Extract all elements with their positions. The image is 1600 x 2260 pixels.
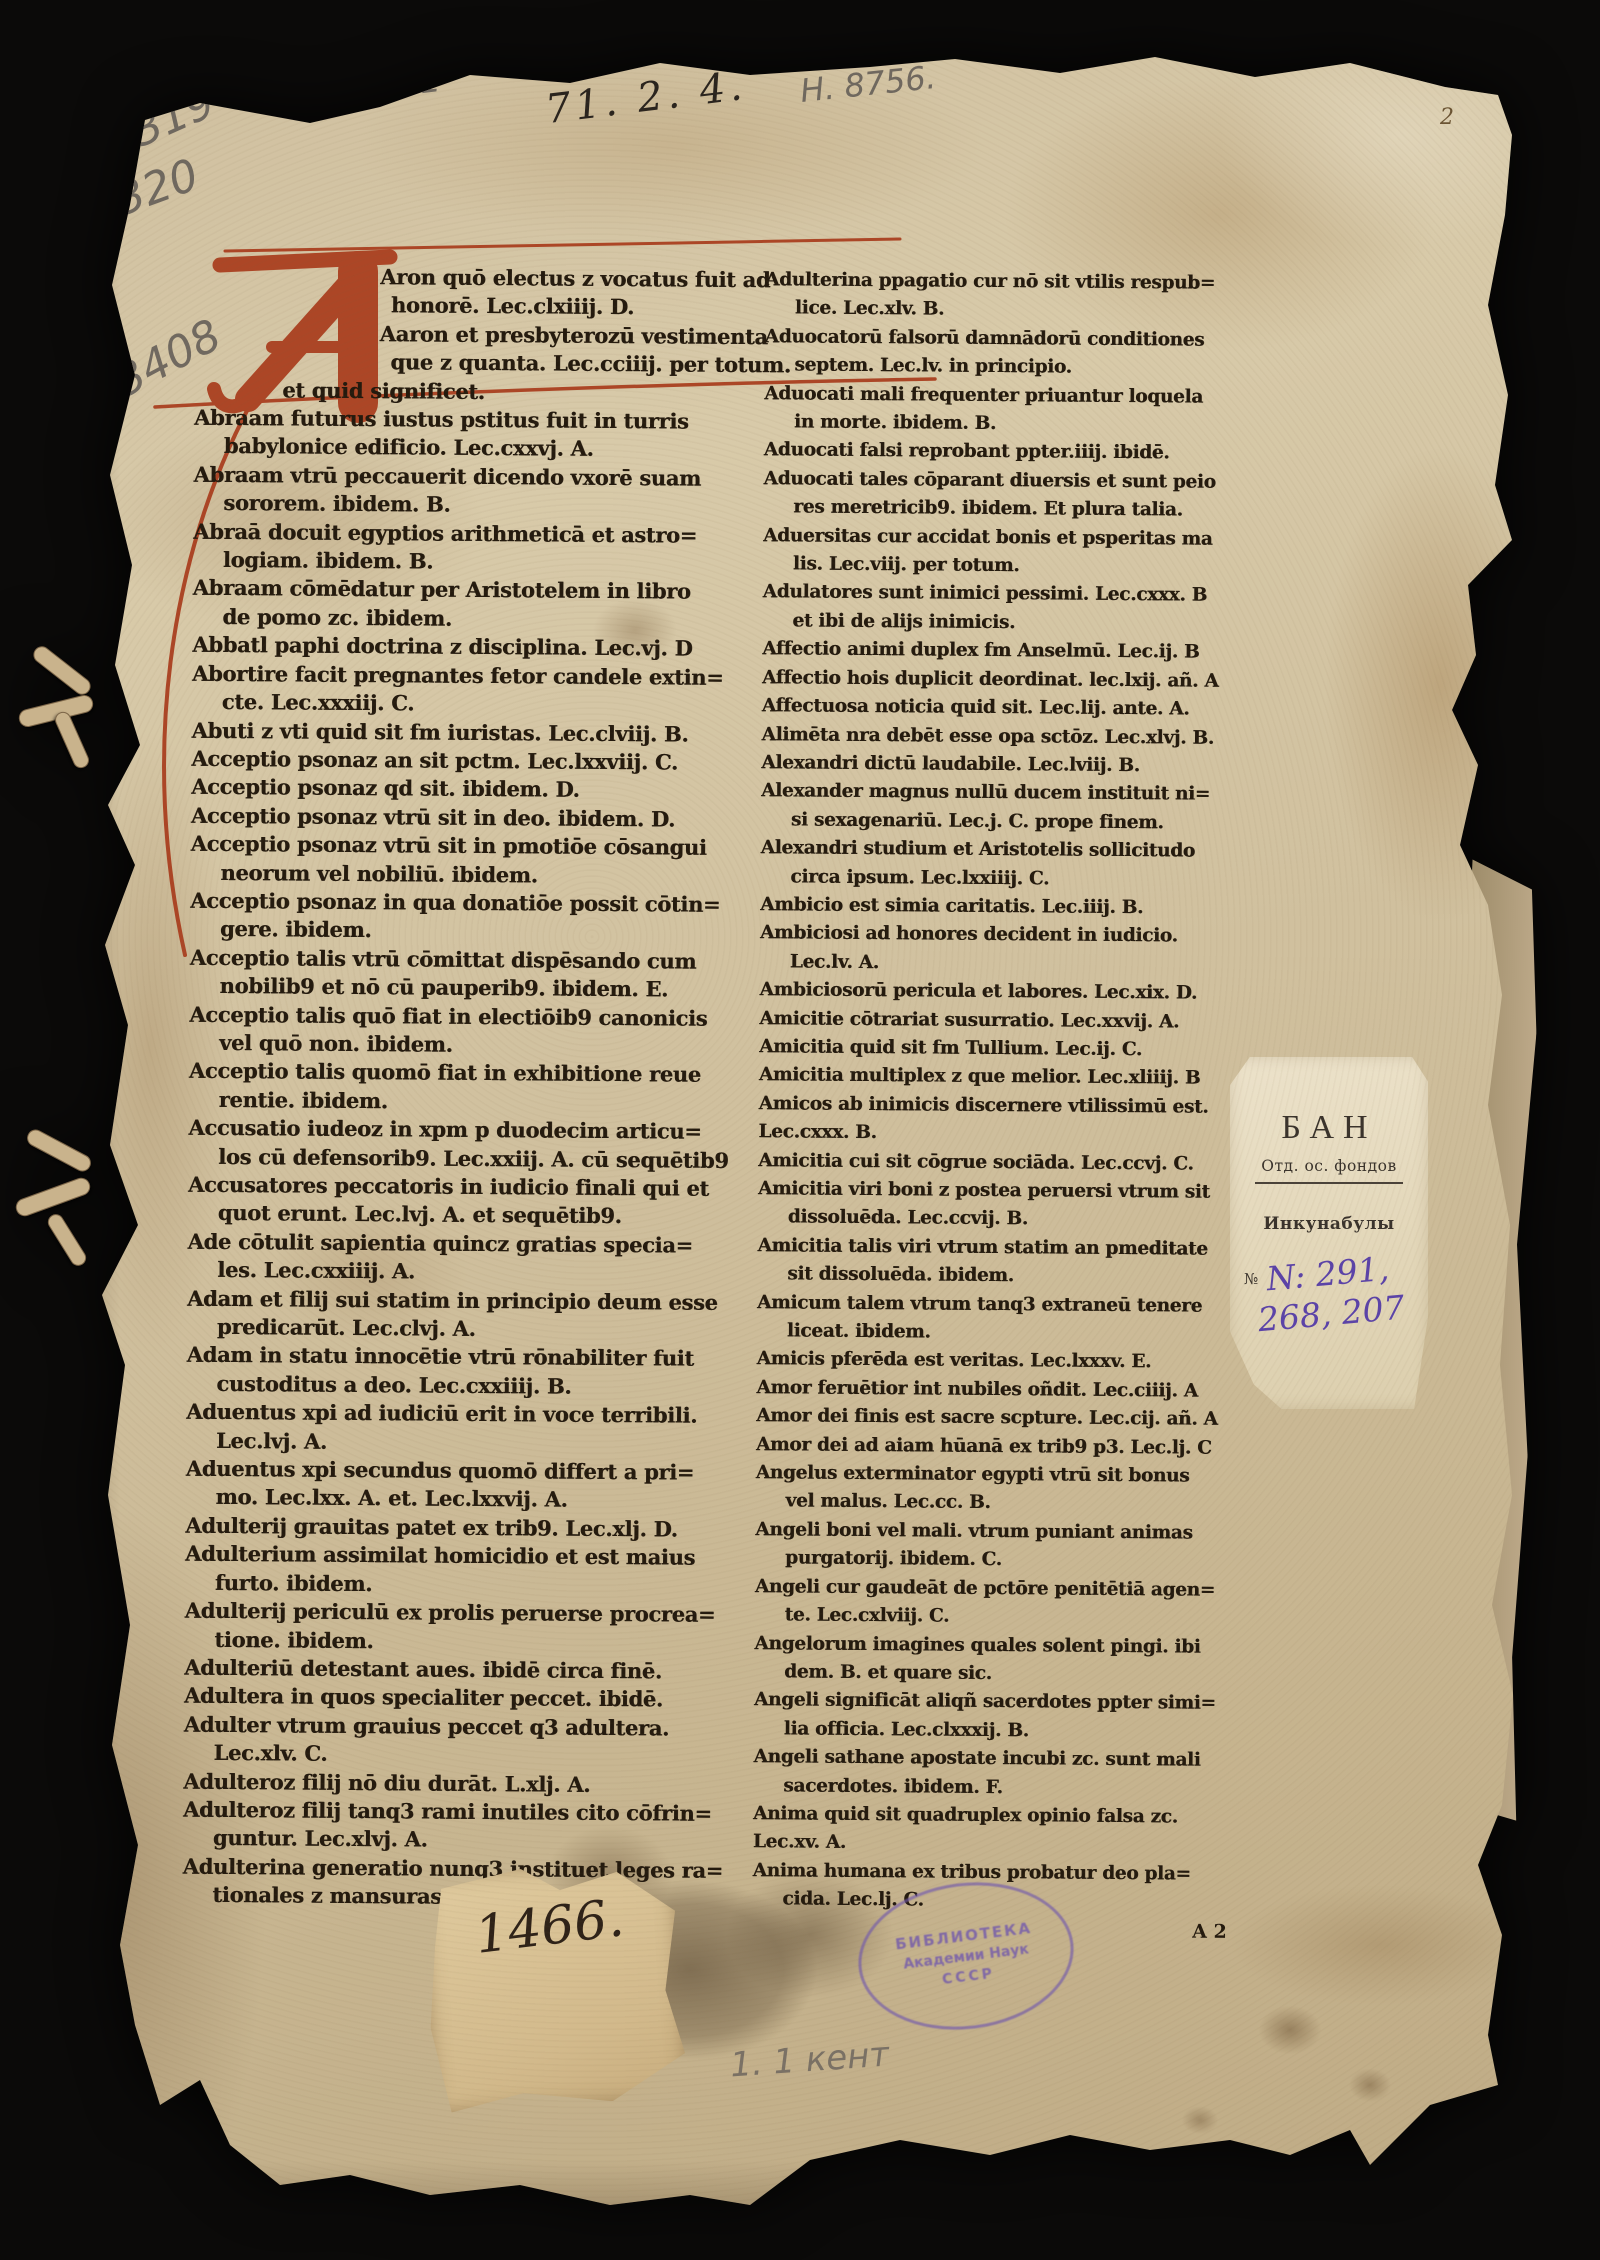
- index-line: Amor dei finis est sacre scpture. Lec.ci…: [756, 1402, 1216, 1434]
- index-line: gere. ibidem.: [220, 915, 750, 948]
- index-line: Adulteroz filij nō diu durāt. L.xlj. A.: [183, 1767, 743, 1800]
- index-line: Amicitie cōtrariat susurratio. Lec.xxvij…: [759, 1005, 1219, 1037]
- ink-shelfmark-annotation: 71. 2. 4.: [543, 63, 748, 133]
- index-line: Amicitia multiplex z que melior. Lec.xli…: [759, 1062, 1219, 1094]
- index-line: Amicitia quid sit fm Tullium. Lec.ij. C.: [759, 1033, 1219, 1065]
- index-line: Acceptio talis quomō fiat in exhibitione…: [189, 1057, 749, 1090]
- incunabulum-page: Aron quō electus z vocatus fuit adhonorē…: [50, 45, 1515, 2220]
- index-line: Adulterina generatio nunq3 instituet leg…: [183, 1852, 743, 1885]
- pencil-old-number-annotation: H. 8756.: [798, 58, 937, 110]
- index-line: te. Lec.cxlviij. C.: [785, 1601, 1215, 1633]
- index-line: Angelus exterminator egypti vtrū sit bon…: [756, 1459, 1216, 1491]
- index-line: dem. B. et quare sic.: [784, 1658, 1214, 1690]
- label-collection: Инкунабулы: [1230, 1214, 1428, 1234]
- index-line: furto. ibidem.: [215, 1569, 745, 1602]
- index-line: Anima humana ex tribus probatur deo pla=: [753, 1857, 1213, 1889]
- binding-thread: [52, 709, 91, 770]
- index-line: Amicos ab inimicis discernere vtilissimū…: [759, 1090, 1219, 1122]
- label-institution: БАН: [1230, 1109, 1428, 1147]
- printed-text-block: Aron quō electus z vocatus fuit adhonorē…: [35, 44, 1517, 2230]
- index-line: et quid significet.: [282, 376, 754, 408]
- pencil-inventory-annotation: инк. 291: [288, 60, 443, 118]
- index-line: Aduentus xpi ad iudiciū erit in voce ter…: [186, 1398, 746, 1431]
- pencil-number-annotation: 3319: [99, 76, 222, 168]
- index-line: Ade cōtulit sapientia quincz gratias spe…: [187, 1228, 747, 1261]
- paper-repair-patch: [420, 1859, 688, 2114]
- index-line: purgatorij. ibidem. C.: [785, 1545, 1215, 1577]
- index-line: Amor dei ad aiam hūanā ex trib9 p3. Lec.…: [756, 1431, 1216, 1463]
- index-line: dissoluēda. Lec.ccvij. B.: [788, 1204, 1218, 1236]
- index-line: Lec.lv. A.: [790, 948, 1220, 980]
- index-line: Adulterij grauitas patet ex trib9. Lec.x…: [185, 1512, 745, 1545]
- stamp-line: СССР: [941, 1966, 996, 1988]
- index-line: liceat. ibidem.: [787, 1317, 1217, 1349]
- index-line: Adultera in quos specialiter peccet. ibi…: [184, 1682, 744, 1715]
- index-line: lia officia. Lec.clxxxij. B.: [784, 1715, 1214, 1747]
- index-line: Angeli sathane apostate incubi zc. sunt …: [753, 1743, 1213, 1775]
- index-line: Aduentus xpi secundus quomō differt a pr…: [186, 1455, 746, 1488]
- index-line: Aaron et presbyterozū vestimenta: [380, 320, 755, 351]
- label-number-line: N: 291,: [1253, 1247, 1403, 1300]
- index-line: lis. Lec.viij. per totum.: [793, 550, 1223, 582]
- index-line: Accusatio iudeoz in xpm p duodecim artic…: [188, 1114, 748, 1147]
- index-line: Abraam futurus iustus pstitus fuit in tu…: [194, 404, 754, 437]
- page-leaf-wrapper: Aron quō electus z vocatus fuit adhonorē…: [0, 0, 1600, 2260]
- index-line: Aduocati falsi reprobant ppter.iiij. ibi…: [764, 437, 1224, 469]
- index-line: Aduocati mali frequenter priuantur loque…: [764, 380, 1224, 412]
- index-line: si sexagenariū. Lec.j. C. prope finem.: [791, 806, 1221, 838]
- label-number-prefix: №: [1244, 1270, 1258, 1288]
- index-line: sacerdotes. ibidem. F.: [783, 1772, 1213, 1804]
- binding-thread: [24, 1127, 94, 1175]
- handwritten-year-note: 1466.: [472, 1888, 627, 1966]
- index-line: Angeli boni vel mali. vtrum puniant anim…: [755, 1516, 1215, 1548]
- label-number-line: 268, 207: [1256, 1287, 1406, 1340]
- index-line: Abraam cōmēdatur per Aristotelem in libr…: [193, 574, 753, 607]
- index-line: Angelorum imagines quales solent pingi. …: [754, 1630, 1214, 1662]
- index-line: de pomo zc. ibidem.: [222, 603, 752, 636]
- index-line: cida. Lec.lj. C.: [782, 1886, 1212, 1918]
- binding-thread: [45, 1211, 89, 1269]
- index-line: Affectio hois duplicit deordinat. lec.lx…: [762, 664, 1222, 696]
- index-line: los cū defensorib9. Lec.xxiij. A. cū seq…: [218, 1143, 748, 1176]
- index-line: les. Lec.cxxiiij. A.: [217, 1256, 747, 1289]
- index-line: Adulterij periculū ex prolis peruerse pr…: [185, 1597, 745, 1630]
- index-line: Affectio animi duplex fm Anselmū. Lec.ij…: [762, 635, 1222, 667]
- index-line: Adulatores sunt inimici pessimi. Lec.cxx…: [763, 579, 1223, 611]
- index-line: Lec.cxxx. B.: [758, 1118, 1218, 1150]
- index-line: Amicitia talis viri vtrum statim an pmed…: [757, 1232, 1217, 1264]
- bottom-pencil-note: 1. 1 кент: [729, 2034, 891, 2085]
- index-line: Anima quid sit quadruplex opinio falsa z…: [753, 1800, 1213, 1832]
- pencil-number-annotation: 3408: [107, 310, 230, 408]
- label-rule-line: [1255, 1182, 1403, 1184]
- index-column-right: Adulterina ppagatio cur nō sit vtilis re…: [752, 266, 1225, 1917]
- pencil-number-annotation: 3320: [83, 149, 206, 235]
- index-line: Acceptio talis quō fiat in electiōib9 ca…: [189, 1000, 749, 1033]
- index-line: tionales z mansuras. Lec.xlv. A.: [212, 1881, 742, 1914]
- index-line: quot erunt. Lec.lvj. A. et sequētib9.: [218, 1199, 748, 1232]
- index-line: Acceptio psonaz qd sit. ibidem. D.: [191, 773, 751, 806]
- index-line: in morte. ibidem. B.: [794, 408, 1224, 440]
- index-line: et ibi de alijs inimicis.: [792, 607, 1222, 639]
- stamp-line: Академии Наук: [902, 1941, 1029, 1972]
- rubricated-initial-A: [100, 235, 980, 1015]
- index-line: Adulteriū detestant aues. ibidē circa fi…: [184, 1654, 744, 1687]
- quire-signature: A 2: [1192, 1921, 1227, 1943]
- index-line: Accusatores peccatoris in iudicio finali…: [188, 1171, 748, 1204]
- index-line: Lec.xv. A.: [753, 1828, 1213, 1860]
- index-line: septem. Lec.lv. in principio.: [794, 352, 1224, 384]
- index-line: Acceptio psonaz in qua donatiōe possit c…: [190, 887, 750, 920]
- index-line: custoditus a deo. Lec.cxxiiij. B.: [216, 1370, 746, 1403]
- index-line: Lec.lvj. A.: [216, 1427, 746, 1460]
- index-line: Amor feruētior int nubiles oñdit. Lec.ci…: [756, 1374, 1216, 1406]
- index-line: Aduersitas cur accidat bonis et psperita…: [763, 522, 1223, 554]
- index-line: vel malus. Lec.cc. B.: [785, 1488, 1215, 1520]
- index-column-left: Aron quō electus z vocatus fuit adhonorē…: [182, 262, 755, 1914]
- index-line: Angeli cur gaudeāt de pctōre penitētiā a…: [755, 1573, 1215, 1605]
- binding-thread: [30, 643, 94, 698]
- index-line: Alimēta nra debēt esse opa sctōz. Lec.xl…: [761, 721, 1221, 753]
- index-line: Amicum talem vtrum tanq3 extraneū tenere: [757, 1289, 1217, 1321]
- index-line: Adulteroz filij tanq3 rami inutiles cito…: [183, 1796, 743, 1829]
- index-line: nobilib9 et nō cū pauperib9. ibidem. E.: [219, 972, 749, 1005]
- index-line: Abortire facit pregnantes fetor candele …: [192, 659, 752, 692]
- index-line: honorē. Lec.clxiiij. D.: [391, 292, 755, 323]
- index-line: Adulterium assimilat homicidio et est ma…: [185, 1540, 745, 1573]
- stamp-line: БИБЛИОТЕКА: [894, 1919, 1033, 1954]
- index-line: Amicitia cui sit cōgrue sociāda. Lec.ccv…: [758, 1147, 1218, 1179]
- index-line: Ambiciosi ad honores decident in iudicio…: [760, 920, 1220, 952]
- binding-thread: [13, 1175, 92, 1219]
- index-line: Lec.xlv. C.: [213, 1739, 743, 1772]
- index-line: Abraā docuit egyptios arithmeticā et ast…: [193, 517, 753, 550]
- index-line: Affectuosa noticia quid sit. Lec.lij. an…: [762, 692, 1222, 724]
- index-line: Ambiciosorū pericula et labores. Lec.xix…: [759, 976, 1219, 1008]
- index-line: Angeli significāt aliqñ sacerdotes ppter…: [754, 1686, 1214, 1718]
- index-line: cte. Lec.xxxiij. C.: [222, 688, 752, 721]
- index-line: Aron quō electus z vocatus fuit ad: [380, 263, 755, 294]
- index-line: Abuti z vti quid sit fm iuristas. Lec.cl…: [191, 716, 751, 749]
- index-line: Aduocati tales cōparant diuersis et sunt…: [763, 465, 1223, 497]
- index-line: rentie. ibidem.: [219, 1086, 749, 1119]
- library-shelf-label: БАН Отд. ос. фондов Инкунабулы № N: 291,…: [1230, 1057, 1428, 1409]
- index-line: Amicis pferēda est veritas. Lec.lxxxv. E…: [757, 1346, 1217, 1378]
- index-line: Adulter vtrum grauius peccet q3 adultera…: [184, 1710, 744, 1743]
- index-line: Adam et filij sui statim in principio de…: [187, 1284, 747, 1317]
- label-department: Отд. ос. фондов: [1230, 1157, 1428, 1175]
- index-line: que z quanta. Lec.cciiij. per totum.: [390, 348, 754, 379]
- index-line: res meretricib9. ibidem. Et plura talia.: [793, 494, 1223, 526]
- index-line: Alexander magnus nullū ducem instituit n…: [761, 777, 1221, 809]
- label-number-row: № N: 291, 268, 207: [1230, 1260, 1428, 1370]
- index-line: Acceptio psonaz vtrū sit in pmotiōe cōsa…: [191, 830, 751, 863]
- index-line: logiam. ibidem. B.: [223, 546, 753, 579]
- index-line: Acceptio talis vtrū cōmittat dispēsando …: [190, 943, 750, 976]
- folio-number: 2: [1440, 105, 1454, 130]
- index-line: Amicitia viri boni z postea peruersi vtr…: [758, 1175, 1218, 1207]
- index-line: sororem. ibidem. B.: [223, 489, 753, 522]
- photograph-of-incunabulum-page: { "page": { "foliation": "2", "signature…: [0, 0, 1600, 2260]
- index-line: Alexandri studium et Aristotelis sollici…: [761, 834, 1221, 866]
- index-line: vel quō non. ibidem.: [219, 1029, 749, 1062]
- index-line: lice. Lec.xlv. B.: [795, 295, 1225, 327]
- index-line: Abraam vtrū peccauerit dicendo vxorē sua…: [193, 461, 753, 494]
- library-oval-stamp: БИБЛИОТЕКА Академии Наук СССР: [850, 1870, 1082, 2041]
- index-line: Abbatl paphi doctrina z disciplina. Lec.…: [192, 631, 752, 664]
- index-line: guntur. Lec.xlvj. A.: [213, 1824, 743, 1857]
- index-line: Acceptio psonaz an sit pctm. Lec.lxxviij…: [191, 745, 751, 778]
- index-line: Aduocatorū falsorū damnādorū conditiones: [765, 323, 1225, 355]
- label-handwritten-numbers: N: 291, 268, 207: [1253, 1247, 1406, 1340]
- index-line: sit dissoluēda. ibidem.: [787, 1261, 1217, 1293]
- index-line: Ambicio est simia caritatis. Lec.iiij. B…: [760, 891, 1220, 923]
- index-line: babylonice edificio. Lec.cxxvj. A.: [224, 432, 754, 465]
- index-line: Acceptio psonaz vtrū sit in deo. ibidem.…: [191, 801, 751, 834]
- index-line: predicarūt. Lec.clvj. A.: [217, 1313, 747, 1346]
- index-line: mo. Lec.lxx. A. et. Lec.lxxvij. A.: [215, 1483, 745, 1516]
- index-line: Adam in statu innocētie vtrū rōnabiliter…: [187, 1341, 747, 1374]
- index-line: circa ipsum. Lec.lxxiiij. C.: [790, 863, 1220, 895]
- index-line: Alexandri dictū laudabile. Lec.lviij. B.: [761, 749, 1221, 781]
- index-line: Adulterina ppagatio cur nō sit vtilis re…: [765, 266, 1225, 298]
- index-line: tione. ibidem.: [214, 1625, 744, 1658]
- index-line: neorum vel nobiliū. ibidem.: [220, 858, 750, 891]
